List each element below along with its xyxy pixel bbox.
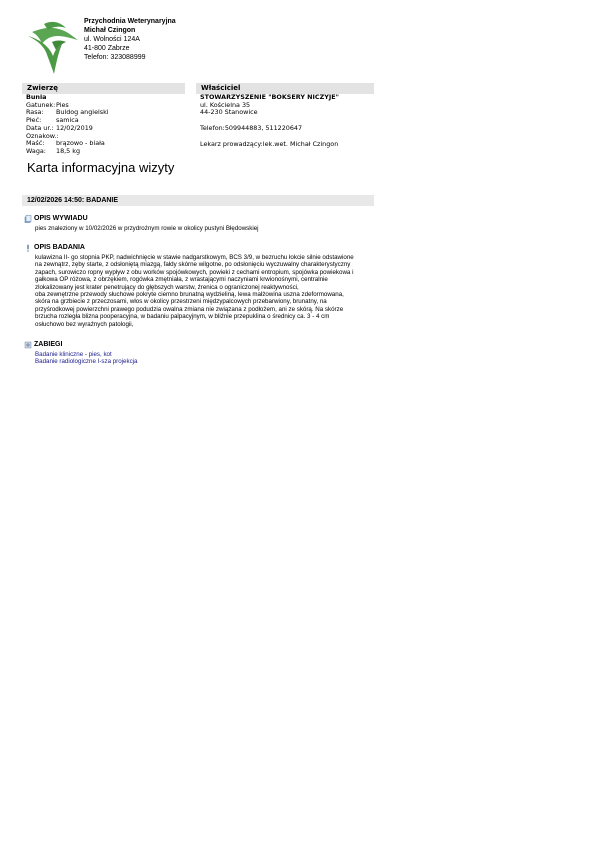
clinic-phone: Telefon: 323088999 xyxy=(84,53,176,62)
owner-phone: Telefon:509944883, 511220647 xyxy=(200,125,400,133)
section-title: OPIS BADANIA xyxy=(34,243,85,252)
animal-field-marking: Oznakow.: xyxy=(26,133,186,141)
document-title: Karta informacyjna wizyty xyxy=(27,160,174,175)
procedure-icon xyxy=(24,341,32,349)
owner-details: STOWARZYSZENIE "BOKSERY NICZYJE" ul. Koś… xyxy=(200,94,400,149)
section-procedures: ZABIEGI Badanie kliniczne - pies, kot Ba… xyxy=(24,340,384,366)
section-title: OPIS WYWIADU xyxy=(34,214,88,223)
section-examination: OPIS BADANIA kulawizna II- go stopnia PK… xyxy=(24,243,384,328)
clinic-doctor: Michał Czingon xyxy=(84,26,176,35)
clinic-name: Przychodnia Weterynaryjna xyxy=(84,17,176,26)
history-text: pies znaleziony w 10/02/2026 w przydrożn… xyxy=(24,225,384,232)
clinic-street: ul. Wolności 124A xyxy=(84,35,176,44)
clinic-info: Przychodnia Weterynaryjna Michał Czingon… xyxy=(84,17,176,62)
animal-header: Zwierzę xyxy=(22,83,185,94)
visit-header: 12/02/2026 14:50: BADANIE xyxy=(22,195,374,206)
animal-field-weight: Waga:18,5 kg xyxy=(26,148,186,156)
exclamation-icon xyxy=(24,244,32,252)
section-title: ZABIEGI xyxy=(34,340,62,349)
animal-field-color: Maść:brązowo - biała xyxy=(26,140,186,148)
animal-details: Bunia Gatunek:Pies Rasa:Buldog angielski… xyxy=(26,94,186,156)
clinic-logo xyxy=(22,14,82,76)
attending-doctor: Lekarz prowadzący:lek.wet. Michał Czingo… xyxy=(200,141,400,149)
procedure-item[interactable]: Badanie radiologiczne I-sza projekcja xyxy=(35,358,384,365)
animal-field-breed: Rasa:Buldog angielski xyxy=(26,109,186,117)
clinic-city: 41-800 Zabrze xyxy=(84,44,176,53)
notes-icon xyxy=(24,215,32,223)
procedure-item[interactable]: Badanie kliniczne - pies, kot xyxy=(35,351,384,358)
examination-text: kulawizna II- go stopnia PKP, nadwichnię… xyxy=(24,254,384,328)
section-history: OPIS WYWIADU pies znaleziony w 10/02/202… xyxy=(24,214,384,232)
owner-city: 44-230 Stanowice xyxy=(200,109,400,117)
